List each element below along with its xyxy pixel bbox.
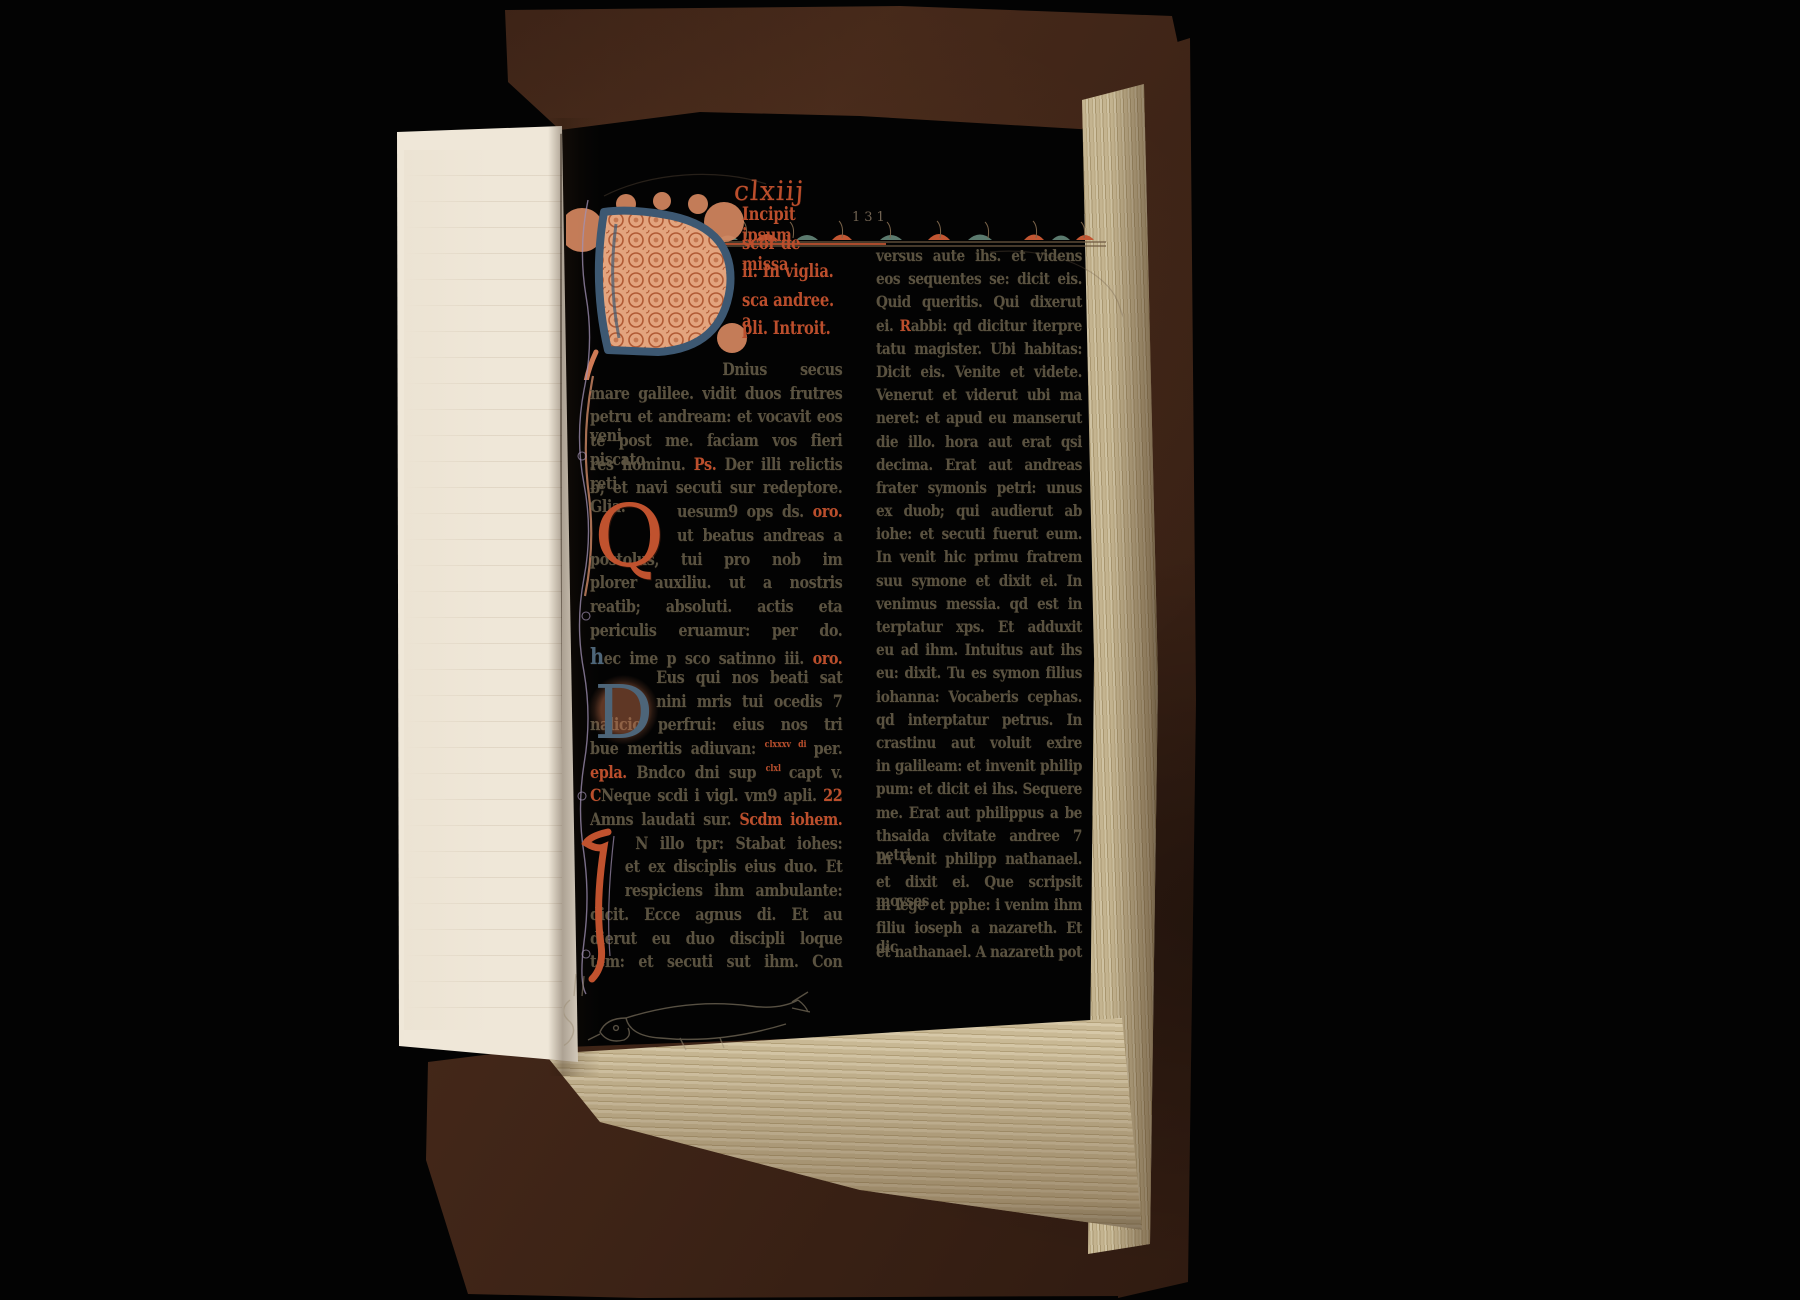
text-line: petru et andream: et vocavit eos veni — [590, 407, 842, 431]
rubric-line: Incipit ipsum — [742, 204, 838, 233]
text-line: suu symone et dixit ei. In — [876, 571, 1082, 594]
text-line: periculis eruamur: per do. — [590, 621, 842, 645]
text-line: epla. Bndco dni sup clxl capt v. — [590, 763, 842, 787]
text-line: terptatur xps. Et adduxit — [876, 617, 1082, 640]
text-line: ei. Rabbi: qd dicitur iterpre — [876, 316, 1082, 339]
text-line: pum: et dicit ei ihs. Sequere — [876, 779, 1082, 802]
text-line: Amns laudati sur. Scdm iohem. — [590, 810, 842, 834]
text-line: iohe: et secuti fuerut eum. — [876, 524, 1082, 547]
right-text-column: versus aute ihs. et videnseos sequentes … — [876, 246, 1082, 965]
text-line: neret: et apud eu manserut — [876, 408, 1082, 431]
initial-D-blue: D — [586, 674, 661, 752]
text-line: eos sequentes se: dicit eis. — [876, 269, 1082, 292]
text-line: eu ad ihm. Intuitus aut ihs — [876, 640, 1082, 663]
text-line: versus aute ihs. et videns — [876, 246, 1082, 269]
text-line: thsaida civitate andree 7 petri. — [876, 826, 1082, 849]
text-line: reatib; absoluti. actis eta — [590, 597, 842, 621]
left-text-column: Dnius secusmare galilee. vidit duos frut… — [590, 360, 842, 976]
rubric-line: scor de missa — [742, 233, 838, 262]
text-line: tatu magister. Ubi habitas: — [876, 339, 1082, 362]
text-line: et dixit ei. Que scripsit moyses — [876, 872, 1082, 895]
initial-I-red — [576, 826, 620, 984]
text-line: qd interptatur petrus. In — [876, 710, 1082, 733]
text-line: respiciens ihm ambulante: — [590, 881, 842, 905]
text-line: Venerut et viderut ubi ma — [876, 385, 1082, 408]
text-line: in lege et pphe: i venim ihm — [876, 895, 1082, 918]
text-line: dicit. Ecce agnus di. Et au — [590, 905, 842, 929]
margin-sketch-animal — [540, 972, 810, 1067]
text-line: dierut eu duo discipli loque — [590, 929, 842, 953]
text-line: CNeque scdi i vigl. vm9 apli. 22 — [590, 786, 842, 810]
text-line: In venit philipp nathanael. — [876, 849, 1082, 872]
text-line: Dicit eis. Venite et videte. — [876, 362, 1082, 385]
text-line: et ex disciplis eius duo. Et — [590, 857, 842, 881]
rubric-line: pli. Introit. — [742, 318, 838, 347]
text-line: in galileam: et invenit philip — [876, 756, 1082, 779]
text-line: res hominu. Ps. Der illi relictis reti — [590, 455, 842, 479]
rubric-line: sca andree. a — [742, 290, 838, 319]
text-line: decima. Erat aut andreas — [876, 455, 1082, 478]
text-line: filiu ioseph a nazareth. Et dic — [876, 918, 1082, 941]
text-line: Dnius secus — [590, 360, 842, 384]
text-line: hec ime p sco satinno iii. oro. — [590, 644, 842, 668]
text-line: In venit hic primu fratrem — [876, 547, 1082, 570]
text-line: venimus messia. qd est in — [876, 594, 1082, 617]
text-line: die illo. hora aut erat qsi — [876, 432, 1082, 455]
text-line: te post me. faciam vos fieri piscato — [590, 431, 842, 455]
text-line: et nathanael. A nazareth pot — [876, 942, 1082, 965]
text-line: Quid queritis. Qui dixerut — [876, 292, 1082, 315]
text-line: N illo tpr: Stabat iohes: — [590, 834, 842, 858]
text-line: crastinu aut voluit exire — [876, 733, 1082, 756]
text-line: ex duob; qui audierut ab — [876, 501, 1082, 524]
photo-background: clxiij 131 — [0, 0, 1800, 1300]
ruling-fade — [404, 150, 562, 1030]
text-line: iohanna: Vocaberis cephas. — [876, 687, 1082, 710]
text-line: mare galilee. vidit duos frutres — [590, 384, 842, 408]
rubric-line: li. In viglia. — [742, 261, 838, 290]
text-line: eu: dixit. Tu es symon filius — [876, 663, 1082, 686]
text-line: me. Erat aut philippus a be — [876, 803, 1082, 826]
text-line: frater symonis petri: unus — [876, 478, 1082, 501]
incipit-rubric: Incipit ipsumscor de missali. In viglia.… — [742, 204, 838, 347]
initial-Q: Q — [594, 494, 665, 580]
